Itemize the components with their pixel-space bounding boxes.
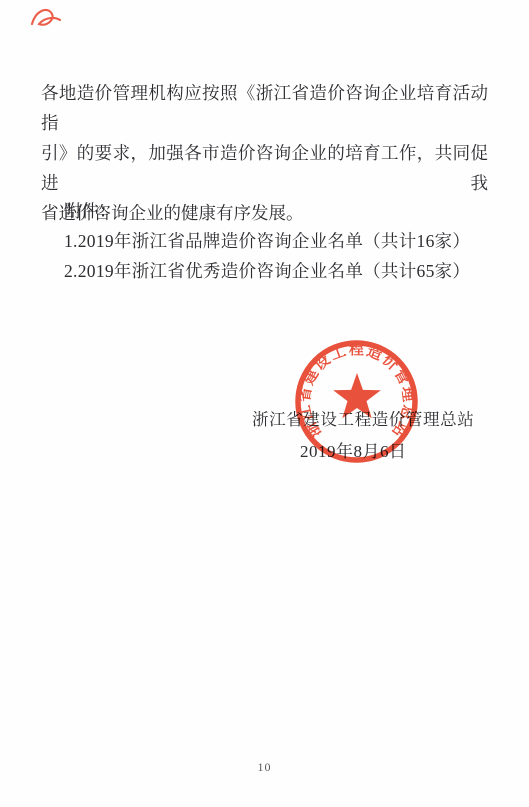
page-number: 10 [0,760,529,775]
signature-organization: 浙江省建设工程造价管理总站 [252,406,474,430]
attachment-item: 2.2019年浙江省优秀造价咨询企业名单（共计65家） [64,256,494,286]
paragraph-line: 各地造价管理机构应按照《浙江省造价咨询企业培育活动指 [41,78,488,138]
attachment-item: 1.2019年浙江省品牌造价咨询企业名单（共计16家） [64,226,494,256]
attachment-label: 附件： [64,196,494,226]
paragraph-line: 引》的要求，加强各市造价咨询企业的培育工作，共同促进我 [41,138,488,198]
signature-date: 2019年8月6日 [300,437,407,462]
document-page: 各地造价管理机构应按照《浙江省造价咨询企业培育活动指 引》的要求，加强各市造价咨… [0,0,529,807]
red-pen-mark-icon [24,2,68,36]
attachment-section: 附件： 1.2019年浙江省品牌造价咨询企业名单（共计16家） 2.2019年浙… [64,196,494,286]
